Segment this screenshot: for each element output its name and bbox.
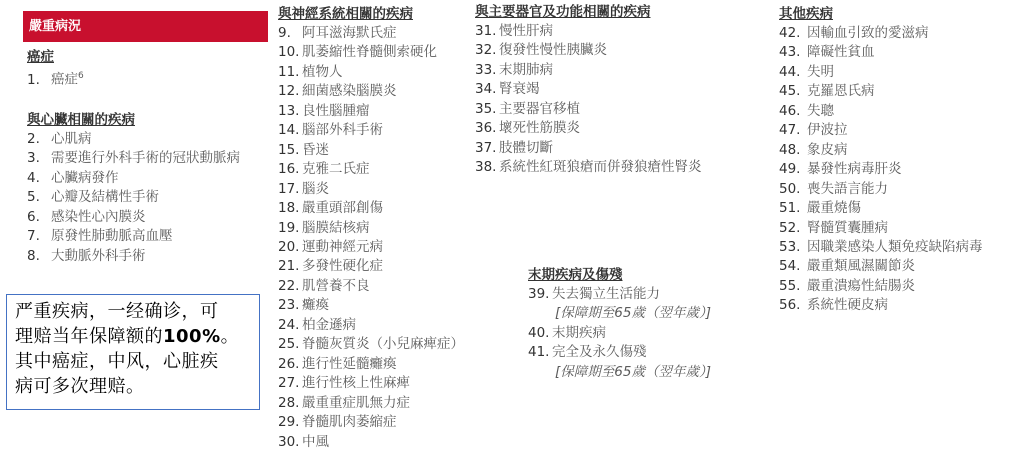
item-number: 3. <box>27 149 51 168</box>
list-item: 18.嚴重頭部創傷 <box>278 199 464 218</box>
column-terminal: 末期疾病及傷殘 39.失去獨立生活能力[保障期至65歲（翌年歲）]40.末期疾病… <box>528 265 711 382</box>
item-label: 腦部外科手術 <box>302 122 383 138</box>
callout-line: 其中癌症，中风，心脏疾 <box>15 349 251 374</box>
list-item: 35.主要器官移植 <box>475 100 702 119</box>
list-item: 38.系統性紅斑狼瘡而併發狼瘡性腎炎 <box>475 158 702 177</box>
section-banner: 嚴重病況 <box>23 11 268 42</box>
item-label: 腦炎 <box>302 181 329 197</box>
list-item: 12.細菌感染腦膜炎 <box>278 82 464 101</box>
item-number: 9. <box>278 24 302 43</box>
item-number: 56. <box>779 296 807 315</box>
item-label: 克羅恩氏病 <box>807 83 875 99</box>
item-label: 肢體切斷 <box>499 140 553 156</box>
list-item: 24.柏金遜病 <box>278 316 464 335</box>
item-label: 失去獨立生活能力 <box>552 286 660 302</box>
item-number: 18. <box>278 199 302 218</box>
item-number: 22. <box>278 277 302 296</box>
item-label: 細菌感染腦膜炎 <box>302 83 397 99</box>
list-item: 20.運動神經元病 <box>278 238 464 257</box>
item-label: 肌營養不良 <box>302 278 370 294</box>
item-label: 阿耳滋海默氏症 <box>302 25 397 41</box>
item-label: 嚴重潰瘍性結腸炎 <box>807 278 915 294</box>
item-number: 35. <box>475 100 499 119</box>
list-item: 52.腎髓質囊腫病 <box>779 219 983 238</box>
list-item: 39.失去獨立生活能力 <box>528 285 711 304</box>
column-other: 其他疾病 42.因輸血引致的愛滋病43.障礙性貧血44.失明45.克羅恩氏病46… <box>779 4 983 316</box>
item-number: 4. <box>27 169 51 188</box>
item-label: 肌萎縮性脊髓側索硬化 <box>302 44 437 60</box>
item-label: 系統性硬皮病 <box>807 297 888 313</box>
item-label: 柏金遜病 <box>302 317 356 333</box>
item-label: 脊髓肌肉萎縮症 <box>302 414 397 430</box>
item-number: 49. <box>779 160 807 179</box>
callout-percent: 100% <box>163 326 221 347</box>
item-label: 壞死性筋膜炎 <box>499 120 580 136</box>
item-number: 10. <box>278 43 302 62</box>
callout-text: 理赔当年保障额的 <box>15 326 163 347</box>
item-number: 27. <box>278 374 302 393</box>
list-item: 54.嚴重類風濕關節炎 <box>779 257 983 276</box>
item-number: 14. <box>278 121 302 140</box>
item-number: 29. <box>278 413 302 432</box>
item-number: 55. <box>779 277 807 296</box>
item-label: 心瓣及結構性手術 <box>51 189 159 205</box>
list-item: 7.原發性肺動脈高血壓 <box>27 227 240 246</box>
list-item: 8.大動脈外科手術 <box>27 247 240 266</box>
item-label: 良性腦腫瘤 <box>302 103 370 119</box>
item-label: 心臟病發作 <box>51 170 119 186</box>
list-item: 36.壞死性筋膜炎 <box>475 119 702 138</box>
item-label: 腎髓質囊腫病 <box>807 220 888 236</box>
item-label: 進行性核上性麻痺 <box>302 375 410 391</box>
item-number: 31. <box>475 22 499 41</box>
item-number: 24. <box>278 316 302 335</box>
item-number: 38. <box>475 158 499 177</box>
item-number: 2. <box>27 130 51 149</box>
item-label: 多發性硬化症 <box>302 258 383 274</box>
item-label: 象皮病 <box>807 142 848 158</box>
item-number: 37. <box>475 139 499 158</box>
callout-line: 理赔当年保障额的100%。 <box>15 324 251 349</box>
coverage-note: [保障期至65歲（翌年歲）] <box>528 363 711 382</box>
item-number: 53. <box>779 238 807 257</box>
item-label: 完全及永久傷殘 <box>552 344 647 360</box>
list-item: 48.象皮病 <box>779 141 983 160</box>
item-number: 5. <box>27 188 51 207</box>
section-title-neuro: 與神經系統相關的疾病 <box>278 4 464 24</box>
list-item: 56.系統性硬皮病 <box>779 296 983 315</box>
callout-line: 严重疾病，一经确诊，可 <box>15 299 251 324</box>
list-item: 27.進行性核上性麻痺 <box>278 374 464 393</box>
section-title-cancer: 癌症 <box>27 47 240 67</box>
list-item: 28.嚴重重症肌無力症 <box>278 394 464 413</box>
item-number: 28. <box>278 394 302 413</box>
item-number: 15. <box>278 141 302 160</box>
item-label: 昏迷 <box>302 142 329 158</box>
item-label: 腎衰竭 <box>499 81 540 97</box>
item-label: 失明 <box>807 64 834 80</box>
list-item: 4.心臟病發作 <box>27 169 240 188</box>
item-number: 25. <box>278 335 302 354</box>
item-label: 慢性肝病 <box>499 23 553 39</box>
item-label: 克雅二氏症 <box>302 161 370 177</box>
item-number: 45. <box>779 82 807 101</box>
item-number: 16. <box>278 160 302 179</box>
item-label: 癱瘓 <box>302 297 329 313</box>
list-item: 5.心瓣及結構性手術 <box>27 188 240 207</box>
list-item: 19.腦膜結核病 <box>278 219 464 238</box>
item-label: 喪失語言能力 <box>807 181 888 197</box>
list-item: 14.腦部外科手術 <box>278 121 464 140</box>
item-number: 41. <box>528 343 552 362</box>
list-item: 26.進行性延髓癱瘓 <box>278 355 464 374</box>
list-item: 44.失明 <box>779 63 983 82</box>
item-label: 腦膜結核病 <box>302 220 370 236</box>
list-item: 9.阿耳滋海默氏症 <box>278 24 464 43</box>
footnote-ref: 6 <box>78 71 84 81</box>
list-item: 23.癱瘓 <box>278 296 464 315</box>
list-item: 33.末期肺病 <box>475 61 702 80</box>
item-label: 中風 <box>302 434 329 450</box>
item-number: 1. <box>27 71 51 90</box>
list-item: 47.伊波拉 <box>779 121 983 140</box>
item-number: 40. <box>528 324 552 343</box>
list-item: 32.復發性慢性胰臟炎 <box>475 41 702 60</box>
item-label: 因輸血引致的愛滋病 <box>807 25 929 41</box>
item-label: 需要進行外科手術的冠狀動脈病 <box>51 150 240 166</box>
item-label: 末期疾病 <box>552 325 606 341</box>
item-number: 6. <box>27 208 51 227</box>
item-number: 34. <box>475 80 499 99</box>
item-label: 進行性延髓癱瘓 <box>302 356 397 372</box>
list-item: 10.肌萎縮性脊髓側索硬化 <box>278 43 464 62</box>
item-number: 46. <box>779 102 807 121</box>
column-neuro: 與神經系統相關的疾病 9.阿耳滋海默氏症10.肌萎縮性脊髓側索硬化11.植物人1… <box>278 4 464 452</box>
item-number: 13. <box>278 102 302 121</box>
item-label: 運動神經元病 <box>302 239 383 255</box>
callout-text: 。 <box>221 326 240 347</box>
item-label: 心肌病 <box>51 131 92 147</box>
item-number: 11. <box>278 63 302 82</box>
item-label: 暴發性病毒肝炎 <box>807 161 902 177</box>
item-label: 嚴重重症肌無力症 <box>302 395 410 411</box>
section-title-organ: 與主要器官及功能相關的疾病 <box>475 2 702 22</box>
list-item: 25.脊髓灰質炎（小兒麻痺症） <box>278 335 464 354</box>
list-item: 55.嚴重潰瘍性結腸炎 <box>779 277 983 296</box>
item-label: 復發性慢性胰臟炎 <box>499 42 607 58</box>
list-item: 30.中風 <box>278 433 464 452</box>
item-number: 12. <box>278 82 302 101</box>
list-item: 16.克雅二氏症 <box>278 160 464 179</box>
list-item: 11.植物人 <box>278 63 464 82</box>
list-item: 50.喪失語言能力 <box>779 180 983 199</box>
list-item: 42.因輸血引致的愛滋病 <box>779 24 983 43</box>
item-number: 42. <box>779 24 807 43</box>
list-item: 17.腦炎 <box>278 180 464 199</box>
item-number: 26. <box>278 355 302 374</box>
item-label: 嚴重類風濕關節炎 <box>807 258 915 274</box>
list-item: 22.肌營養不良 <box>278 277 464 296</box>
column-organ: 與主要器官及功能相關的疾病 31.慢性肝病32.復發性慢性胰臟炎33.末期肺病3… <box>475 2 702 178</box>
list-item: 13.良性腦腫瘤 <box>278 102 464 121</box>
list-item: 46.失聰 <box>779 102 983 121</box>
callout-box: 严重疾病，一经确诊，可 理赔当年保障额的100%。 其中癌症，中风，心脏疾 病可… <box>6 294 260 410</box>
item-label: 系統性紅斑狼瘡而併發狼瘡性腎炎 <box>499 159 702 175</box>
item-label: 障礙性貧血 <box>807 44 875 60</box>
item-label: 脊髓灰質炎（小兒麻痺症） <box>302 336 464 352</box>
list-item: 21.多發性硬化症 <box>278 257 464 276</box>
section-title-other: 其他疾病 <box>779 4 983 24</box>
section-title-heart: 與心臟相關的疾病 <box>27 110 240 130</box>
item-label: 癌症 <box>51 72 78 88</box>
list-item: 34.腎衰竭 <box>475 80 702 99</box>
list-item: 3.需要進行外科手術的冠狀動脈病 <box>27 149 240 168</box>
item-number: 19. <box>278 219 302 238</box>
item-label: 嚴重頭部創傷 <box>302 200 383 216</box>
section-title-terminal: 末期疾病及傷殘 <box>528 265 711 285</box>
item-label: 主要器官移植 <box>499 101 580 117</box>
item-number: 30. <box>278 433 302 452</box>
item-label: 大動脈外科手術 <box>51 248 146 264</box>
coverage-note: [保障期至65歲（翌年歲）] <box>528 304 711 323</box>
list-item: 1.癌症6 <box>27 67 240 90</box>
list-item: 43.障礙性貧血 <box>779 43 983 62</box>
list-item: 49.暴發性病毒肝炎 <box>779 160 983 179</box>
item-number: 48. <box>779 141 807 160</box>
item-label: 嚴重燒傷 <box>807 200 861 216</box>
list-item: 41.完全及永久傷殘 <box>528 343 711 362</box>
item-number: 20. <box>278 238 302 257</box>
item-number: 7. <box>27 227 51 246</box>
item-number: 50. <box>779 180 807 199</box>
list-item: 45.克羅恩氏病 <box>779 82 983 101</box>
column-cancer-heart: 癌症 1.癌症6 與心臟相關的疾病 2.心肌病3.需要進行外科手術的冠狀動脈病4… <box>27 47 240 266</box>
item-label: 末期肺病 <box>499 62 553 78</box>
item-number: 47. <box>779 121 807 140</box>
list-item: 29.脊髓肌肉萎縮症 <box>278 413 464 432</box>
item-label: 失聰 <box>807 103 834 119</box>
callout-line: 病可多次理赔。 <box>15 374 251 399</box>
item-number: 33. <box>475 61 499 80</box>
item-label: 因職業感染人類免疫缺陷病毒 <box>807 239 983 255</box>
list-item: 40.末期疾病 <box>528 324 711 343</box>
item-number: 17. <box>278 180 302 199</box>
item-number: 21. <box>278 257 302 276</box>
item-number: 32. <box>475 41 499 60</box>
item-number: 44. <box>779 63 807 82</box>
item-number: 43. <box>779 43 807 62</box>
item-number: 54. <box>779 257 807 276</box>
list-item: 51.嚴重燒傷 <box>779 199 983 218</box>
list-item: 31.慢性肝病 <box>475 22 702 41</box>
list-item: 53.因職業感染人類免疫缺陷病毒 <box>779 238 983 257</box>
item-label: 感染性心內膜炎 <box>51 209 146 225</box>
item-number: 8. <box>27 247 51 266</box>
item-number: 52. <box>779 219 807 238</box>
list-item: 15.昏迷 <box>278 141 464 160</box>
item-number: 23. <box>278 296 302 315</box>
list-item: 37.肢體切斷 <box>475 139 702 158</box>
item-number: 39. <box>528 285 552 304</box>
item-label: 原發性肺動脈高血壓 <box>51 228 173 244</box>
item-number: 51. <box>779 199 807 218</box>
item-label: 伊波拉 <box>807 122 848 138</box>
list-item: 2.心肌病 <box>27 130 240 149</box>
item-number: 36. <box>475 119 499 138</box>
list-item: 6.感染性心內膜炎 <box>27 208 240 227</box>
item-label: 植物人 <box>302 64 343 80</box>
